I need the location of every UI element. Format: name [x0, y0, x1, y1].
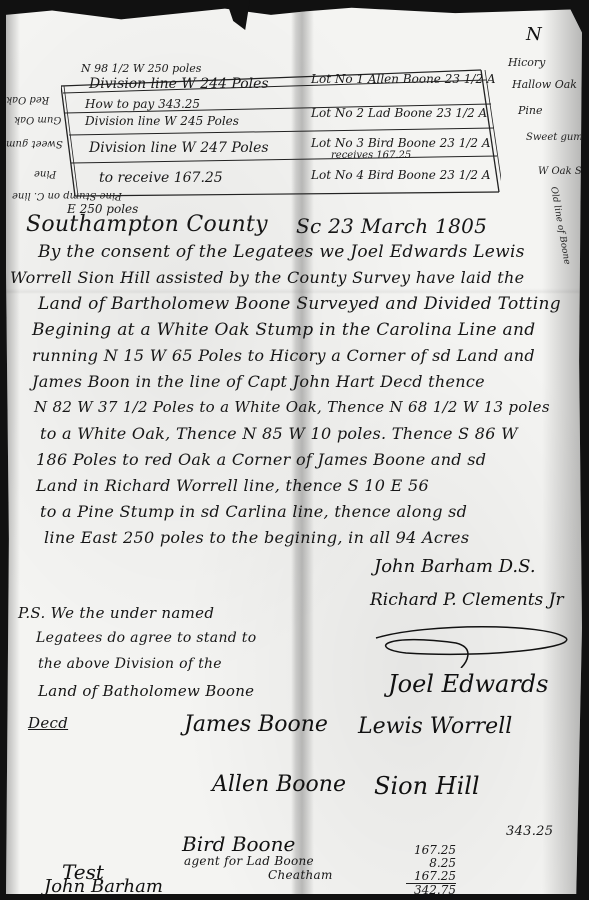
- plat-top-note: N 98 1/2 W 250 poles: [81, 62, 201, 75]
- plat-row-5-right: Lot No 4 Bird Boone 23 1/2 A: [311, 168, 491, 182]
- plat-row-4-left: Division line W 247 Poles: [89, 140, 269, 156]
- witness-name: John Barham: [44, 876, 163, 897]
- postscript-line-2: Legatees do agree to stand to: [36, 630, 256, 646]
- tally-column: 167.25 8.25 167.25 342.75: [406, 844, 456, 897]
- body-line-10: Land in Richard Worrell line, thence S 1…: [36, 476, 429, 495]
- plat-row-2-left: How to pay 343.25: [85, 97, 200, 111]
- postscript-line-4: Land of Batholomew Boone: [38, 682, 254, 700]
- manuscript-page: N 98 1/2 W 250 poles Division line W 244…: [6, 6, 582, 894]
- plat-row-1-right: Lot No 1 Allen Boone 23 1/2 A: [311, 72, 496, 86]
- signature-flourish: [366, 618, 576, 668]
- postscript-line-1: P.S. We the under named: [18, 604, 214, 622]
- body-line-4: Begining at a White Oak Stump in the Car…: [32, 320, 535, 340]
- body-line-3: Land of Bartholomew Boone Surveyed and D…: [38, 294, 561, 314]
- margin-note-left-1: Red Oak: [6, 94, 49, 105]
- body-line-5: running N 15 W 65 Poles to Hicory a Corn…: [32, 346, 535, 365]
- plat-row-4-right: Lot No 3 Bird Boone 23 1/2 A: [311, 136, 491, 150]
- signature-sion-hill: Sion Hill: [374, 772, 480, 800]
- tally-sum: 342.75: [406, 883, 456, 897]
- margin-note-right-3: Pine: [518, 104, 543, 117]
- margin-note-left-5: Pine Stump on C. line: [12, 190, 122, 201]
- body-line-12: line East 250 poles to the begining, in …: [44, 528, 469, 547]
- margin-note-left-3: Sweet gum: [6, 138, 63, 149]
- margin-note-right-4: Sweet gum: [526, 132, 583, 143]
- agent-note: agent for Lad Boone: [184, 854, 314, 868]
- plat-row-3-left: Division line W 245 Poles: [85, 114, 239, 128]
- signature-allen-boone: Allen Boone: [212, 772, 346, 797]
- signature-lewis-worrell: Lewis Worrell: [358, 714, 512, 739]
- margin-note-left-4: Pine: [34, 168, 56, 179]
- body-line-1: By the consent of the Legatees we Joel E…: [38, 242, 525, 262]
- body-line-2: Worrell Sion Hill assisted by the County…: [10, 268, 524, 287]
- body-line-7: N 82 W 37 1/2 Poles to a White Oak, Then…: [34, 398, 550, 416]
- postscript-line-3: the above Division of the: [38, 656, 222, 672]
- signature-joel-edwards: Joel Edwards: [388, 670, 548, 698]
- total-due: 343.25: [506, 824, 553, 839]
- postscript-line-5: Decd: [28, 714, 68, 732]
- signature-james-boone: James Boone: [184, 712, 328, 737]
- north-mark: N: [526, 24, 542, 45]
- body-line-11: to a Pine Stump in sd Carlina line, then…: [40, 502, 467, 521]
- surveyor-signature: John Barham D.S.: [374, 556, 536, 577]
- county-heading: Southampton County: [26, 212, 268, 237]
- survey-plat: N 98 1/2 W 250 poles Division line W 244…: [61, 68, 501, 208]
- signature-bird-boone: Bird Boone: [182, 832, 295, 856]
- body-line-6: James Boon in the line of Capt John Hart…: [32, 372, 485, 391]
- body-line-8: to a White Oak, Thence N 85 W 10 poles. …: [40, 424, 518, 443]
- margin-note-right-5: W Oak Stump: [538, 166, 589, 177]
- signature-richard-clements: Richard P. Clements Jr: [370, 590, 564, 610]
- plat-row-5-left: to receive 167.25: [99, 170, 223, 186]
- margin-note-right-2: Hallow Oak: [512, 78, 577, 91]
- margin-note-left-2: Gum Oak: [14, 114, 61, 125]
- margin-note-right-1: Hicory: [508, 56, 545, 69]
- plat-row-3-right: Lot No 2 Lad Boone 23 1/2 A: [311, 106, 487, 120]
- date-heading: Sc 23 March 1805: [296, 214, 487, 238]
- plat-row-1-left: Division line W 244 Poles: [89, 76, 269, 92]
- body-line-9: 186 Poles to red Oak a Corner of James B…: [36, 450, 486, 469]
- plat-row-4-extra: receives 167.25: [331, 150, 411, 161]
- witness-second: Cheatham: [268, 868, 333, 882]
- tally-entry-3: 167.25: [406, 870, 456, 883]
